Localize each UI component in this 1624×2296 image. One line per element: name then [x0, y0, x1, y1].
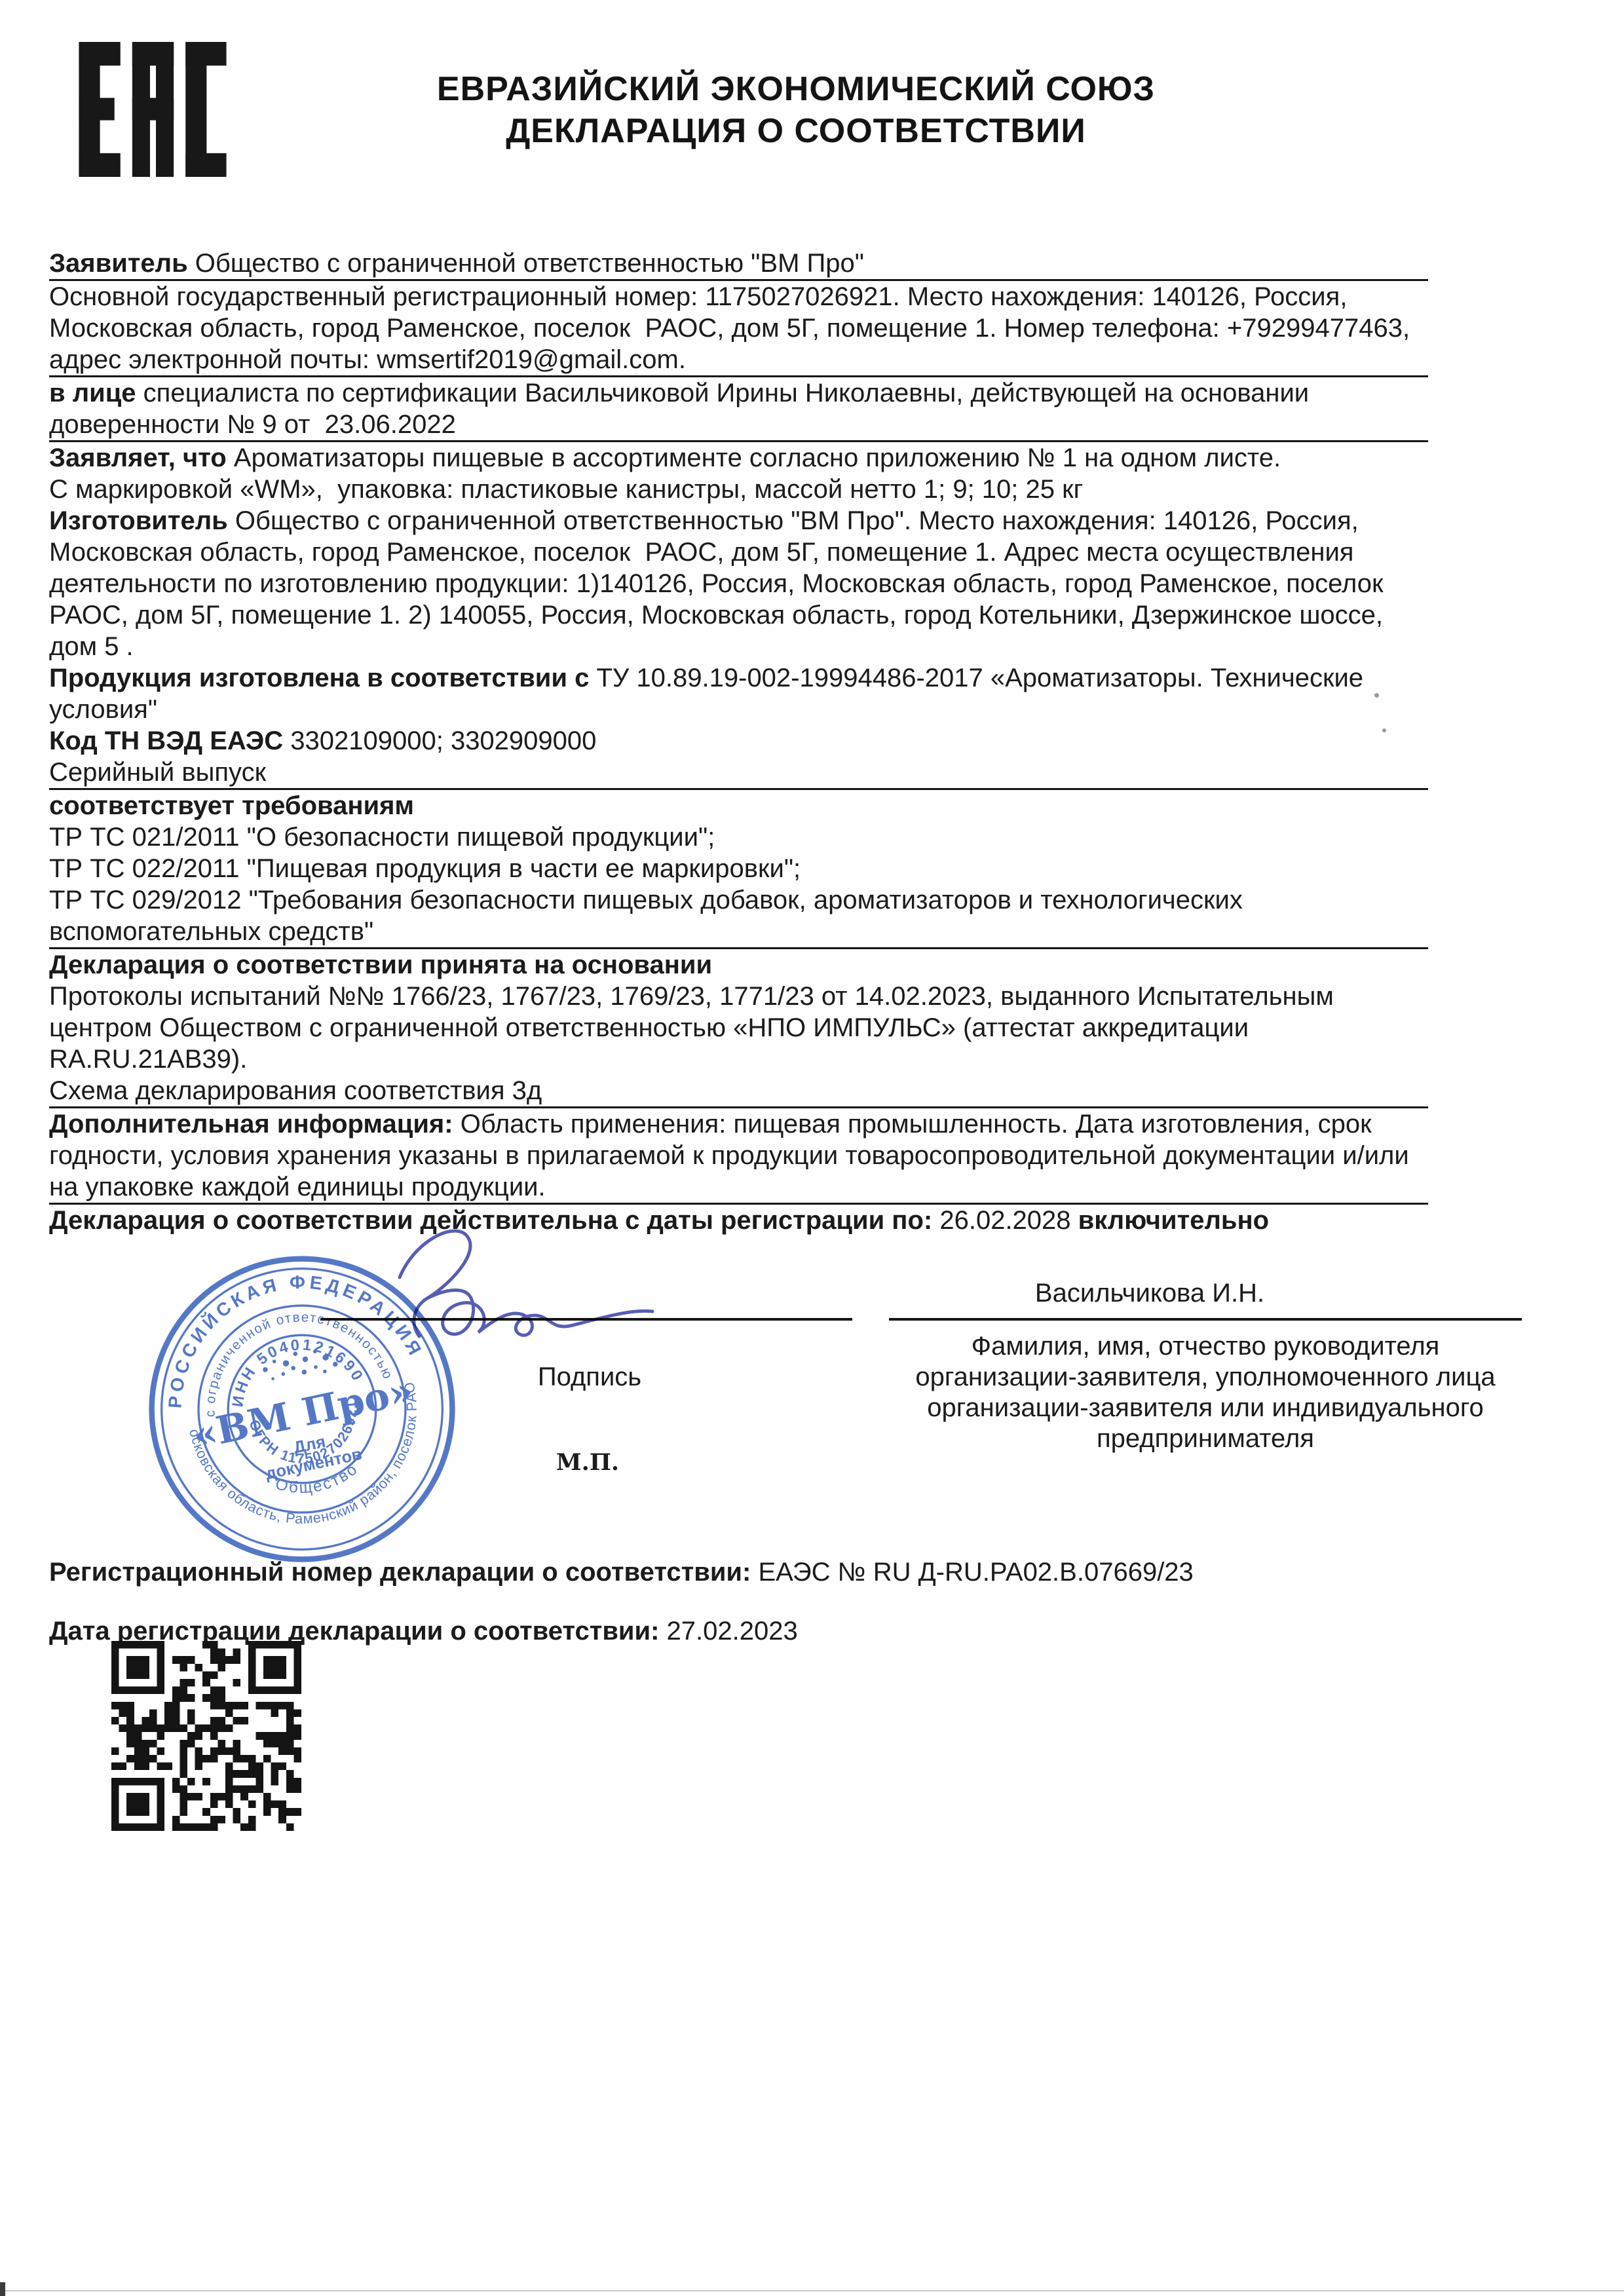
signature-scribble	[354, 1212, 773, 1382]
applicant-label: Заявитель	[49, 249, 188, 278]
signer-description-line: Фамилия, имя, отчество руководителя	[889, 1331, 1522, 1362]
complies-label: соответствует требованиям	[49, 790, 1428, 821]
registration-date-value: 27.02.2023	[659, 1617, 797, 1646]
validity-suffix: включительно	[1071, 1206, 1270, 1235]
seal-place-caption: М.П.	[538, 1449, 637, 1476]
in-person-label: в лице	[49, 379, 136, 407]
signer-description-line: организации-заявителя, уполномоченного л…	[889, 1362, 1522, 1393]
manufacturer-label: Изготовитель	[49, 506, 228, 535]
tr-021-line: ТР ТС 021/2011 "О безопасности пищевой п…	[49, 821, 1428, 853]
applicant-value: Общество с ограниченной ответственностью…	[188, 249, 864, 278]
validity-date: 26.02.2028	[932, 1206, 1070, 1235]
additional-info-section: Дополнительная информация: Область приме…	[49, 1108, 1428, 1205]
serial-line: Серийный выпуск	[49, 757, 1428, 788]
tnved-line: Код ТН ВЭД ЕАЭС 3302109000; 3302909000	[49, 725, 1428, 757]
title-line-declaration: ДЕКЛАРАЦИЯ О СООТВЕТСТВИИ	[49, 110, 1543, 152]
applicant-section: Заявитель Общество с ограниченной ответс…	[49, 248, 1428, 281]
scan-speck	[1382, 728, 1386, 732]
basis-section: Декларация о соответствии принята на осн…	[49, 949, 1428, 1108]
in-person-line: в лице специалиста по сертификации Васил…	[49, 377, 1428, 440]
document-title: ЕВРАЗИЙСКИЙ ЭКОНОМИЧЕСКИЙ СОЮЗ ДЕКЛАРАЦИ…	[49, 68, 1543, 152]
manufacturer-line: Изготовитель Общество с ограниченной отв…	[49, 505, 1428, 662]
signer-description: Фамилия, имя, отчество руководителя орга…	[889, 1331, 1522, 1454]
registration-number-value: ЕАЭС № RU Д-RU.РА02.В.07669/23	[751, 1558, 1193, 1587]
product-section: Заявляет, что Ароматизаторы пищевые в ас…	[49, 442, 1428, 790]
basis-label: Декларация о соответствии принята на осн…	[49, 949, 1428, 981]
signer-description-line: организации-заявителя или индивидуальног…	[889, 1393, 1522, 1423]
scan-corner-mark	[0, 2282, 5, 2296]
applicant-details-section: Основной государственный регистрационный…	[49, 281, 1428, 377]
tr-022-line: ТР ТС 022/2011 "Пищевая продукция в част…	[49, 853, 1428, 884]
tnved-value: 3302109000; 3302909000	[283, 726, 596, 755]
additional-line: Дополнительная информация: Область приме…	[49, 1108, 1428, 1203]
tr-029-line: ТР ТС 029/2012 "Требования безопасности …	[49, 884, 1428, 947]
signer-name-line	[889, 1318, 1522, 1321]
signer-description-line: предпринимателя	[889, 1423, 1522, 1454]
marking-line: С маркировкой «WM», упаковка: пластиковы…	[49, 474, 1428, 505]
tnved-label: Код ТН ВЭД ЕАЭС	[49, 726, 283, 755]
declares-line: Заявляет, что Ароматизаторы пищевые в ас…	[49, 442, 1428, 474]
declares-value: Ароматизаторы пищевые в ассортименте сог…	[227, 443, 1281, 472]
applicant-line: Заявитель Общество с ограниченной ответс…	[49, 248, 1428, 279]
scan-edge-line	[0, 2290, 1624, 2291]
declares-label: Заявляет, что	[49, 443, 227, 472]
additional-label: Дополнительная информация:	[49, 1110, 453, 1139]
scheme-line: Схема декларирования соответствия 3д	[49, 1075, 1428, 1106]
applicant-details: Основной государственный регистрационный…	[49, 281, 1428, 375]
in-person-section: в лице специалиста по сертификации Васил…	[49, 377, 1428, 442]
signature-caption: Подпись	[459, 1363, 721, 1392]
requirements-section: соответствует требованиям ТР ТС 021/2011…	[49, 790, 1428, 949]
in-person-value: специалиста по сертификации Васильчиково…	[49, 379, 1316, 439]
title-line-union: ЕВРАЗИЙСКИЙ ЭКОНОМИЧЕСКИЙ СОЮЗ	[49, 68, 1543, 110]
basis-protocols: Протоколы испытаний №№ 1766/23, 1767/23,…	[49, 981, 1428, 1075]
manufacturer-value: Общество с ограниченной ответственностью…	[49, 506, 1391, 661]
scan-speck	[1374, 693, 1379, 698]
produced-label: Продукция изготовлена в соответствии с	[49, 664, 589, 692]
signer-name: Васильчикова И.Н.	[889, 1279, 1522, 1308]
registration-number-line: Регистрационный номер декларации о соотв…	[49, 1558, 1194, 1587]
declaration-document-page: ЕВРАЗИЙСКИЙ ЭКОНОМИЧЕСКИЙ СОЮЗ ДЕКЛАРАЦИ…	[0, 0, 1624, 2296]
declaration-body: Заявитель Общество с ограниченной ответс…	[49, 248, 1428, 1236]
produced-line: Продукция изготовлена в соответствии с Т…	[49, 662, 1428, 725]
registration-number-label: Регистрационный номер декларации о соотв…	[49, 1558, 751, 1587]
qr-code	[111, 1638, 301, 1834]
